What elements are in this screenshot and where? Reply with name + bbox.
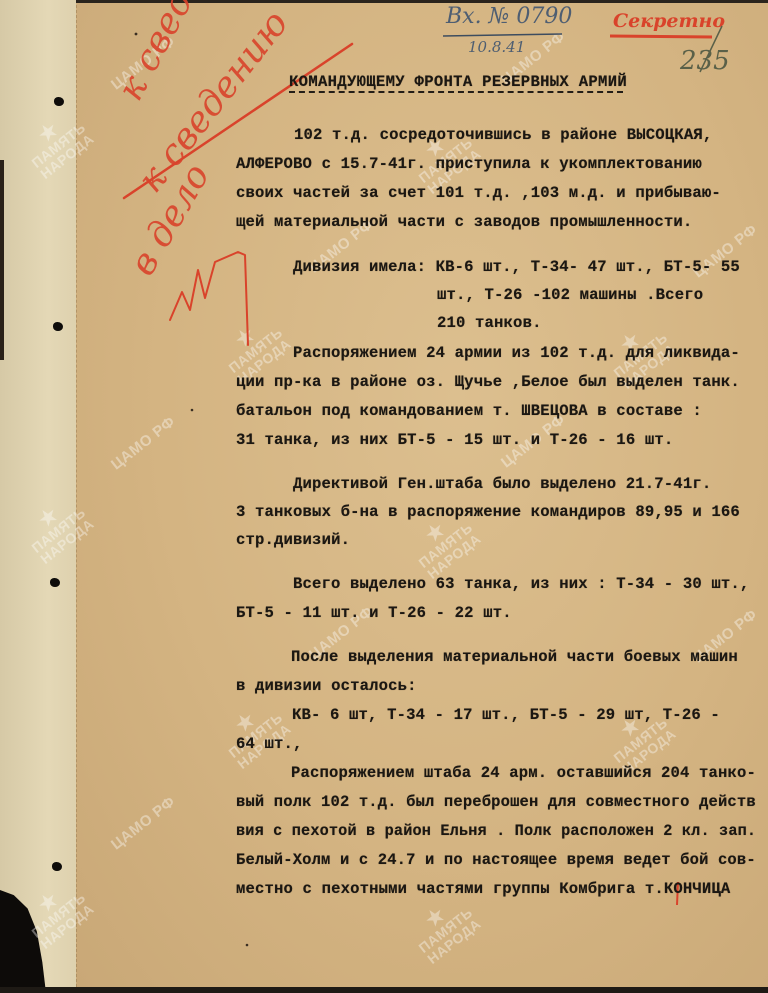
torn-edge (0, 160, 4, 360)
bottom-edge (0, 987, 768, 993)
registration-date: 10.8.41 (468, 38, 525, 56)
body-line: 31 танка, из них БТ-5 - 15 шт. и Т-26 - … (236, 431, 673, 449)
body-line: вия с пехотой в район Ельня . Полк распо… (236, 822, 756, 840)
scanned-document-page: ЦАМО РФ ЦАМО РФ ЦАМО РФ ЦАМО РФ ЦАМО РФ … (0, 0, 768, 993)
body-line: батальон под командованием т. ШВЕЦОВА в … (236, 402, 702, 420)
body-line: вый полк 102 т.д. был переброшен для сов… (236, 793, 756, 811)
body-line: местно с пехотными частями группы Комбри… (236, 880, 730, 898)
binding-hole (53, 322, 63, 331)
body-line: Белый-Холм и с 24.7 и по настоящее время… (236, 851, 756, 869)
body-line: в дивизии осталось: (236, 677, 417, 695)
body-line: Распоряжением 24 армии из 102 т.д. для л… (293, 344, 740, 362)
body-line: стр.дивизий. (236, 531, 350, 549)
body-line: ции пр-ка в районе оз. Щучье ,Белое был … (236, 373, 740, 391)
classification-stamp: Секретно (613, 10, 725, 32)
body-line: Дивизия имела: КВ-6 шт., Т-34- 47 шт., Б… (293, 258, 740, 276)
binding-hole (54, 97, 64, 106)
body-line: После выделения материальной части боевы… (291, 648, 738, 666)
title-underline (289, 91, 623, 93)
body-line: Всего выделено 63 танка, из них : Т-34 -… (293, 575, 749, 593)
body-line: щей материальной части с заводов промышл… (236, 213, 692, 231)
body-line: шт., Т-26 -102 машины .Всего (437, 286, 703, 304)
body-line: АЛФЕРОВО с 15.7-41г. приступила к укомпл… (236, 155, 702, 173)
body-line: 102 т.д. сосредоточившись в районе ВЫСОЦ… (294, 126, 712, 144)
page-number: 235 (680, 46, 730, 76)
document-title: КОМАНДУЮЩЕМУ ФРОНТА РЕЗЕРВНЫХ АРМИЙ (289, 73, 627, 91)
body-line: КВ- 6 шт, Т-34 - 17 шт., БТ-5 - 29 шт, Т… (292, 706, 720, 724)
body-line: своих частей за счет 101 т.д. ,103 м.д. … (236, 184, 721, 202)
binding-hole (52, 862, 62, 871)
body-line: 64 шт., (236, 735, 303, 753)
body-line: 3 танковых б-на в распоряжение командиро… (236, 503, 740, 521)
registration-number: Вх. № 0790 (446, 4, 572, 29)
binding-hole (50, 578, 60, 587)
body-line: Директивой Ген.штаба было выделено 21.7-… (293, 475, 711, 493)
body-line: Распоряжением штаба 24 арм. оставшийся 2… (291, 764, 756, 782)
body-line: 210 танков. (437, 314, 542, 332)
binding-strip (0, 0, 80, 993)
body-line: БТ-5 - 11 шт. и Т-26 - 22 шт. (236, 604, 512, 622)
